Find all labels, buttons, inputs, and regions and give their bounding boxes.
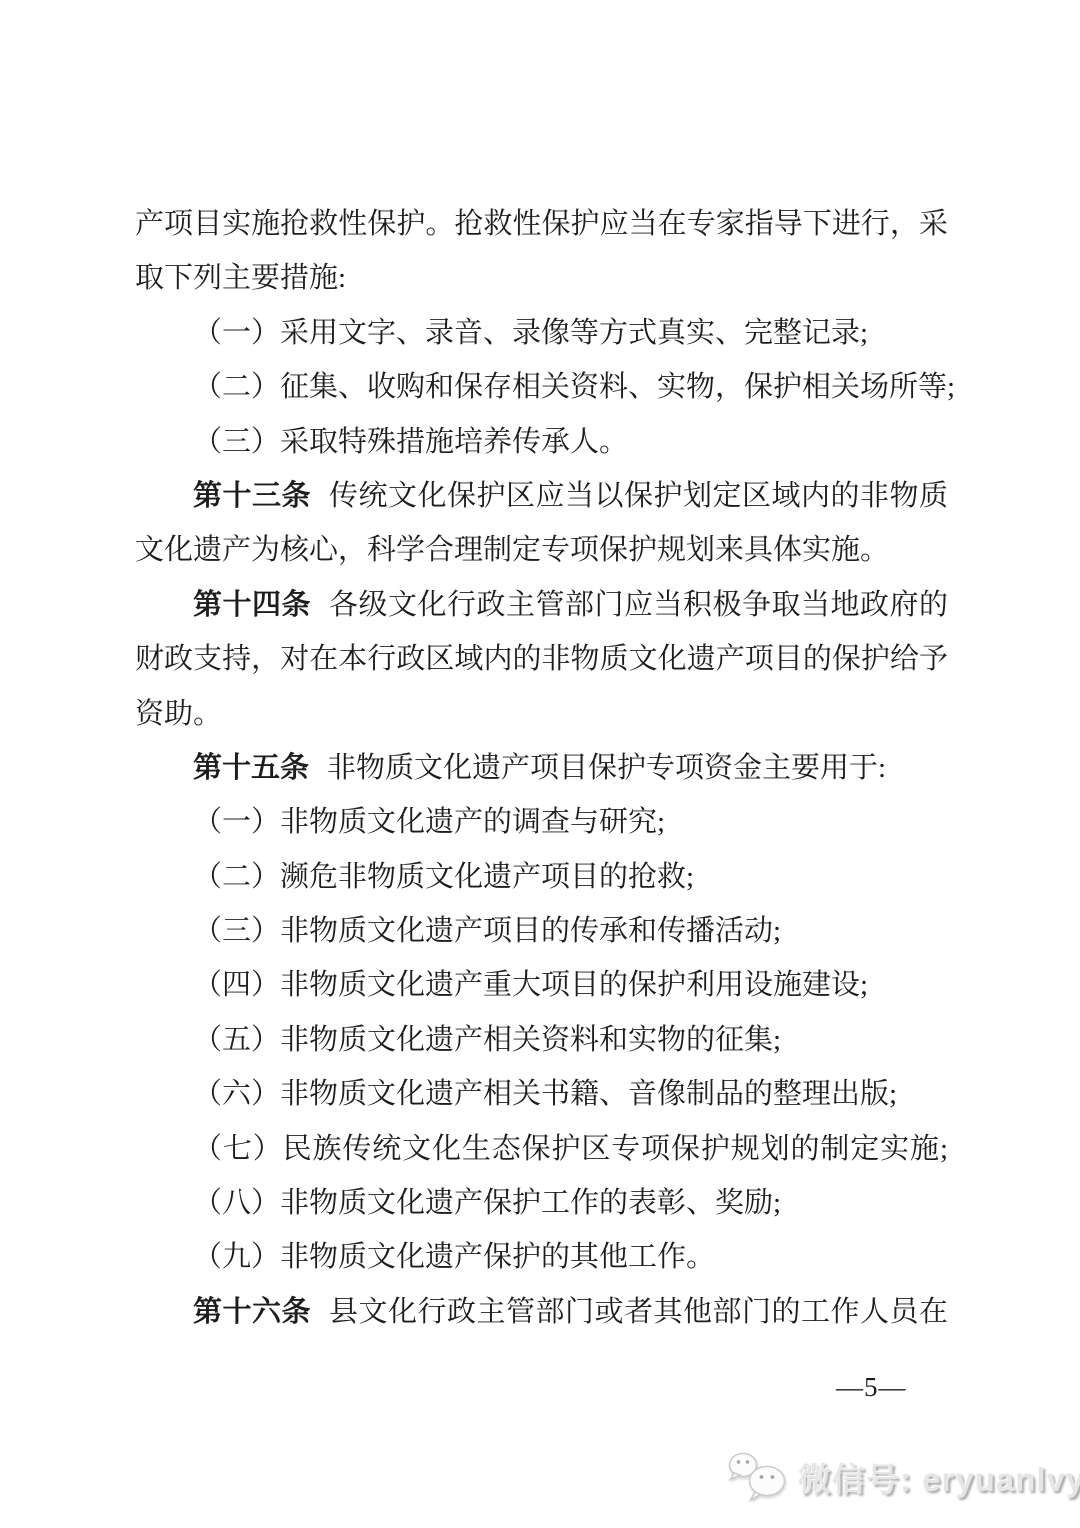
document-line: （五）非物质文化遗产相关资料和实物的征集; xyxy=(135,1013,948,1067)
document-line: 第十六条县文化行政主管部门或者其他部门的工作人员在 xyxy=(135,1285,948,1339)
document-line: 第十四条各级文化行政主管部门应当积极争取当地政府的 xyxy=(135,578,948,632)
wechat-icon xyxy=(726,1452,792,1502)
document-line: 文化遗产为核心，科学合理制定专项保护规划来具体实施。 xyxy=(135,523,948,577)
document-line: （二）征集、收购和保存相关资料、实物，保护相关场所等; xyxy=(135,360,948,414)
page-number: —5— xyxy=(836,1372,907,1403)
document-line: （六）非物质文化遗产相关书籍、音像制品的整理出版; xyxy=(135,1067,948,1121)
watermark-label: 微信号: eryuanlvyou xyxy=(798,1454,1080,1501)
document-line: 资助。 xyxy=(135,687,948,741)
document-line: （九）非物质文化遗产保护的其他工作。 xyxy=(135,1230,948,1284)
wechat-watermark: 微信号: eryuanlvyou xyxy=(726,1452,1080,1502)
document-line: （二）濒危非物质文化遗产项目的抢救; xyxy=(135,850,948,904)
document-line: （四）非物质文化遗产重大项目的保护利用设施建设; xyxy=(135,958,948,1012)
document-page: 产项目实施抢救性保护。抢救性保护应当在专家指导下进行，采取下列主要措施:（一）采… xyxy=(0,0,1080,1528)
article-number: 第十四条 xyxy=(193,589,311,621)
document-line: 第十三条传统文化保护区应当以保护划定区域内的非物质 xyxy=(135,469,948,523)
document-line: 取下列主要措施: xyxy=(135,251,948,305)
document-line: （八）非物质文化遗产保护工作的表彰、奖励; xyxy=(135,1176,948,1230)
document-line: 财政支持，对在本行政区域内的非物质文化遗产项目的保护给予 xyxy=(135,632,948,686)
document-line: （三）非物质文化遗产项目的传承和传播活动; xyxy=(135,904,948,958)
document-line: （七）民族传统文化生态保护区专项保护规划的制定实施; xyxy=(135,1122,948,1176)
document-body: 产项目实施抢救性保护。抢救性保护应当在专家指导下进行，采取下列主要措施:（一）采… xyxy=(135,197,948,1339)
document-line: （一）采用文字、录音、录像等方式真实、完整记录; xyxy=(135,306,948,360)
document-line: （一）非物质文化遗产的调查与研究; xyxy=(135,795,948,849)
article-number: 第十六条 xyxy=(193,1296,311,1328)
article-number: 第十五条 xyxy=(193,752,309,784)
document-line: 第十五条非物质文化遗产项目保护专项资金主要用于: xyxy=(135,741,948,795)
document-line: 产项目实施抢救性保护。抢救性保护应当在专家指导下进行，采 xyxy=(135,197,948,251)
article-number: 第十三条 xyxy=(193,480,311,512)
document-line: （三）采取特殊措施培养传承人。 xyxy=(135,415,948,469)
